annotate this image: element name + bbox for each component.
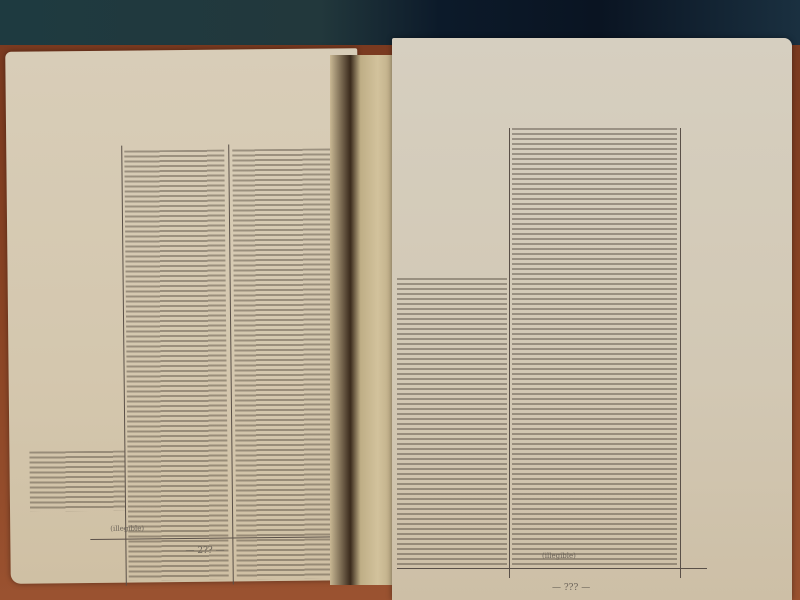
book-spine [330, 55, 398, 585]
text-column [124, 150, 228, 581]
running-header: (illegible) [542, 552, 576, 560]
column-rule [680, 128, 681, 578]
text-column [29, 451, 125, 512]
running-header: (illegible) [110, 524, 144, 532]
column-rule [509, 128, 510, 578]
page-number: — ??? — [552, 583, 590, 593]
text-column [397, 278, 507, 568]
text-column [512, 128, 677, 568]
page-number: — 2?? — [185, 546, 224, 556]
right-page: (illegible) — ??? — [392, 38, 792, 600]
text-column [232, 148, 336, 579]
left-page: (illegible) — 2?? — [5, 48, 363, 584]
header-rule [397, 568, 707, 569]
